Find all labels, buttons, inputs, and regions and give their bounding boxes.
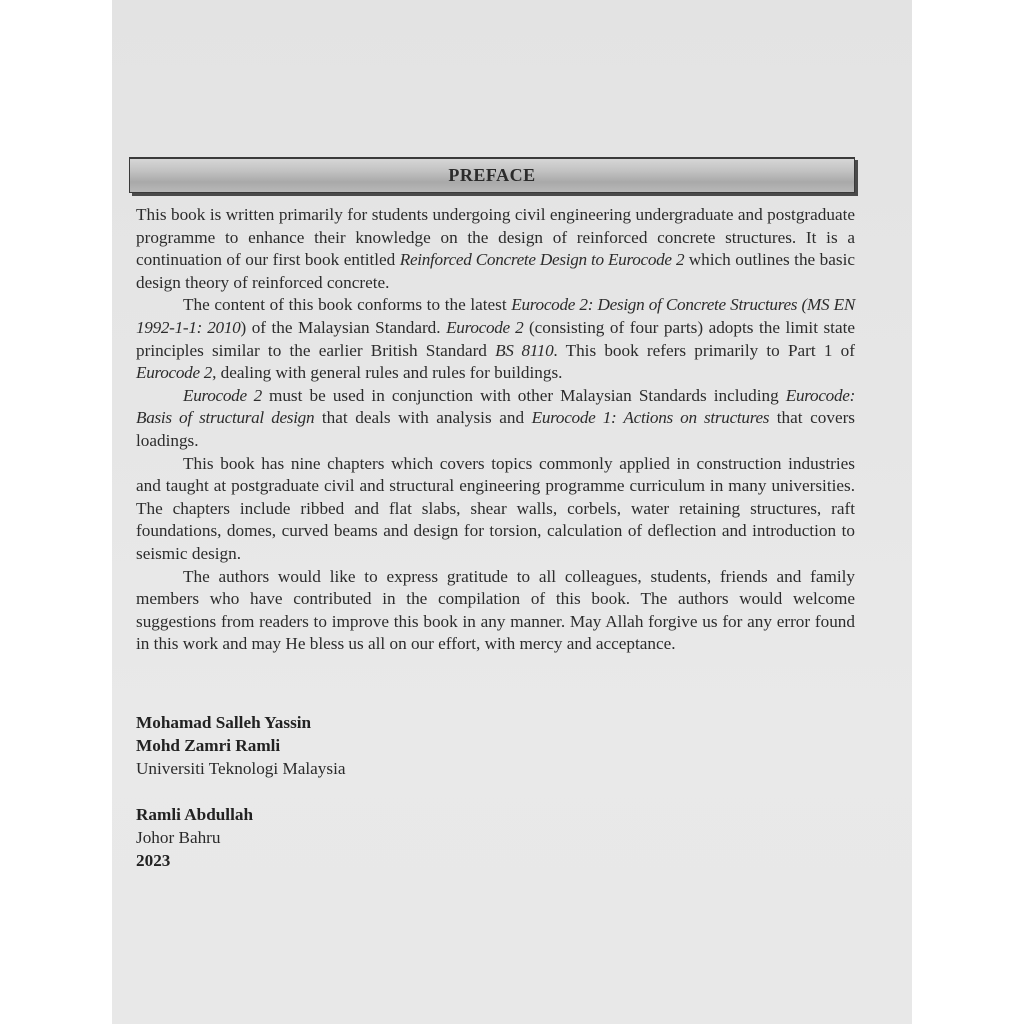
paragraph-text: ) of the Malaysian Standard. — [240, 318, 446, 337]
preface-header-bar: PREFACE — [129, 157, 855, 193]
paragraph-text: . This book refers primarily to Part 1 o… — [553, 341, 855, 360]
italic-title-text: Eurocode 1: Actions on structures — [532, 408, 770, 427]
preface-paragraph: Eurocode 2 must be used in conjunction w… — [136, 385, 855, 453]
signature-location: Johor Bahru — [136, 826, 345, 849]
preface-paragraph: The content of this book conforms to the… — [136, 294, 855, 384]
signature-spacer — [136, 780, 345, 803]
page-title: PREFACE — [448, 165, 535, 186]
signature-block: Mohamad Salleh Yassin Mohd Zamri Ramli U… — [136, 711, 345, 872]
signature-year: 2023 — [136, 849, 345, 872]
preface-paragraph: The authors would like to express gratit… — [136, 566, 855, 656]
paragraph-text: This book has nine chapters which covers… — [136, 454, 855, 563]
preface-paragraph: This book has nine chapters which covers… — [136, 453, 855, 566]
author-affiliation: Universiti Teknologi Malaysia — [136, 757, 345, 780]
book-page: PREFACE This book is written primarily f… — [112, 0, 912, 1024]
paragraph-text: must be used in conjunction with other M… — [262, 386, 786, 405]
preface-body: This book is written primarily for stude… — [136, 204, 855, 656]
paragraph-text: The authors would like to express gratit… — [136, 567, 855, 654]
italic-title-text: Eurocode 2 — [446, 318, 523, 337]
paragraph-text: that deals with analysis and — [314, 408, 531, 427]
paragraph-text: The content of this book conforms to the… — [183, 295, 511, 314]
author-name-2: Mohd Zamri Ramli — [136, 734, 345, 757]
italic-title-text: BS 8110 — [495, 341, 553, 360]
paragraph-text: , dealing with general rules and rules f… — [212, 363, 562, 382]
preface-paragraph: This book is written primarily for stude… — [136, 204, 855, 294]
author-name-3: Ramli Abdullah — [136, 803, 345, 826]
italic-title-text: Reinforced Concrete Design to Eurocode 2 — [400, 250, 684, 269]
italic-title-text: Eurocode 2 — [136, 363, 212, 382]
italic-title-text: Eurocode 2 — [183, 386, 262, 405]
author-name-1: Mohamad Salleh Yassin — [136, 711, 345, 734]
